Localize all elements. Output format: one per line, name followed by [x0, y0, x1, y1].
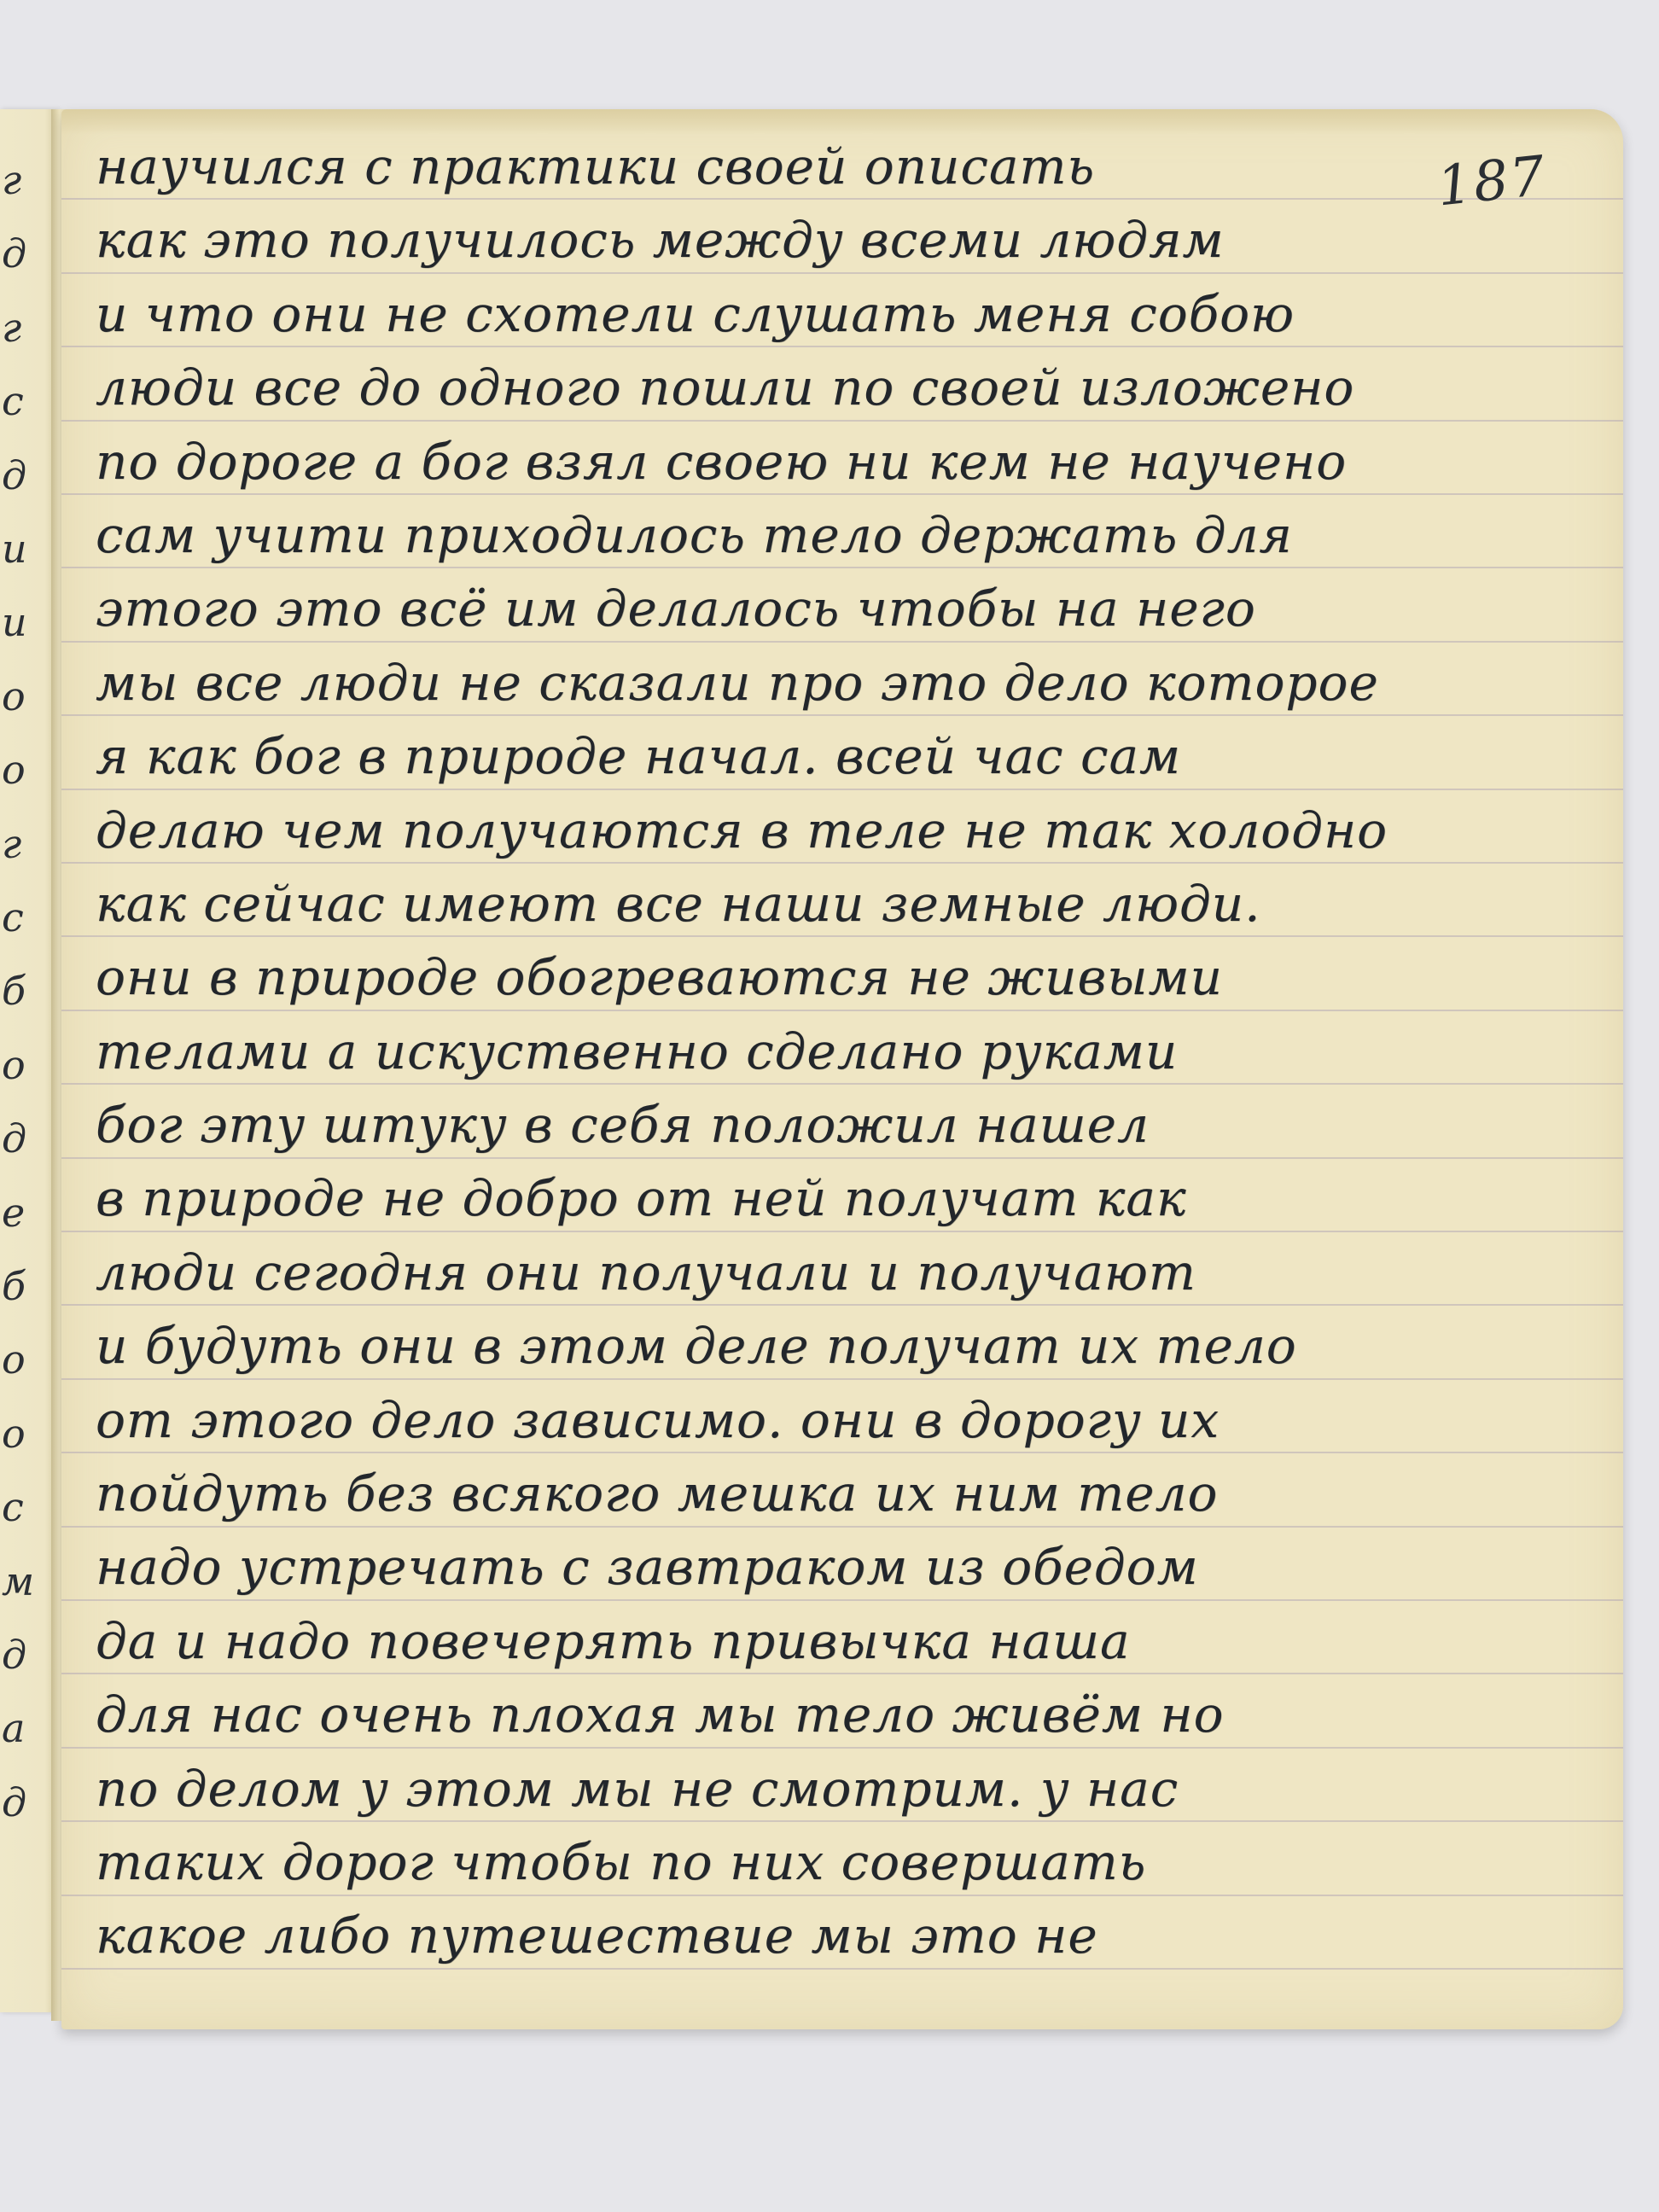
- previous-page-fragment: а: [2, 1708, 25, 1748]
- previous-page-fragment: с: [2, 381, 24, 421]
- previous-page-fragment: б: [2, 1266, 26, 1306]
- previous-page-fragment: г: [2, 824, 21, 864]
- previous-page-fragment: с: [2, 898, 24, 937]
- previous-page-fragment: е: [2, 1193, 25, 1232]
- handwritten-line: надо устречать с завтраком из обедом: [96, 1530, 1580, 1604]
- handwritten-line: какое либо путешествие мы это не: [96, 1899, 1580, 1972]
- previous-page-fragment: д: [2, 456, 26, 495]
- handwritten-line: люди сегодня они получали и получают: [96, 1236, 1580, 1309]
- previous-page-fragment: о: [2, 677, 26, 716]
- handwritten-line: пойдуть без всякого мешка их ним тело: [96, 1457, 1580, 1530]
- previous-page-edge: гдгсдииоогсбодебоосмдад: [0, 109, 58, 2012]
- handwritten-line: и что они не схотели слушать меня собою: [96, 277, 1580, 351]
- handwritten-line: телами а искуственно сделано руками: [96, 1015, 1580, 1088]
- previous-page-fragment: б: [2, 971, 26, 1010]
- handwritten-line: они в природе обогреваются не живыми: [96, 940, 1580, 1014]
- notebook-page: 187 научился с практики своей описатькак…: [61, 109, 1623, 2029]
- handwritten-line: да и надо повечерять привычка наша: [96, 1604, 1580, 1678]
- previous-page-fragment: о: [2, 1045, 26, 1085]
- handwritten-text: научился с практики своей описатькак это…: [96, 130, 1580, 1973]
- handwritten-line: я как бог в природе начал. всей час сам: [96, 719, 1580, 793]
- handwritten-line: научился с практики своей описать: [96, 130, 1580, 203]
- handwritten-line: мы все люди не сказали про это дело кото…: [96, 646, 1580, 719]
- previous-page-fragment: и: [2, 529, 27, 568]
- previous-page-fragment: д: [2, 1783, 26, 1822]
- handwritten-line: таких дорог чтобы по них совершать: [96, 1825, 1580, 1899]
- handwritten-line: бог эту штуку в себя положил нашел: [96, 1088, 1580, 1161]
- handwritten-line: как сейчас имеют все наши земные люди.: [96, 867, 1580, 940]
- handwritten-line: в природе не добро от ней получат как: [96, 1161, 1580, 1235]
- handwritten-line: для нас очень плохая мы тело живём но: [96, 1678, 1580, 1751]
- previous-page-fragment: о: [2, 1414, 26, 1453]
- previous-page-fragment: о: [2, 1340, 26, 1379]
- previous-page-fragment: д: [2, 1119, 26, 1158]
- previous-page-fragment: г: [2, 160, 21, 200]
- previous-page-fragment: и: [2, 602, 27, 642]
- handwritten-line: и будуть они в этом деле получат их тело: [96, 1309, 1580, 1382]
- previous-page-fragment: д: [2, 1635, 26, 1674]
- handwritten-line: люди все до одного пошли по своей изложе…: [96, 351, 1580, 424]
- handwritten-line: как это получилось между всеми людям: [96, 203, 1580, 276]
- previous-page-fragment: г: [2, 308, 21, 347]
- handwritten-line: от этого дело зависимо. они в дорогу их: [96, 1383, 1580, 1457]
- handwritten-line: делаю чем получаются в теле не так холод…: [96, 794, 1580, 867]
- previous-page-fragment: д: [2, 234, 26, 273]
- handwritten-line: сам учити приходилось тело держать для: [96, 498, 1580, 572]
- handwritten-line: по делом у этом мы не смотрим. у нас: [96, 1752, 1580, 1825]
- previous-page-fragment: м: [2, 1562, 34, 1601]
- previous-page-fragment: с: [2, 1487, 24, 1527]
- handwritten-line: этого это всё им делалось чтобы на него: [96, 572, 1580, 645]
- handwritten-line: по дороге а бог взял своею ни кем не нау…: [96, 425, 1580, 498]
- previous-page-fragment: о: [2, 750, 26, 789]
